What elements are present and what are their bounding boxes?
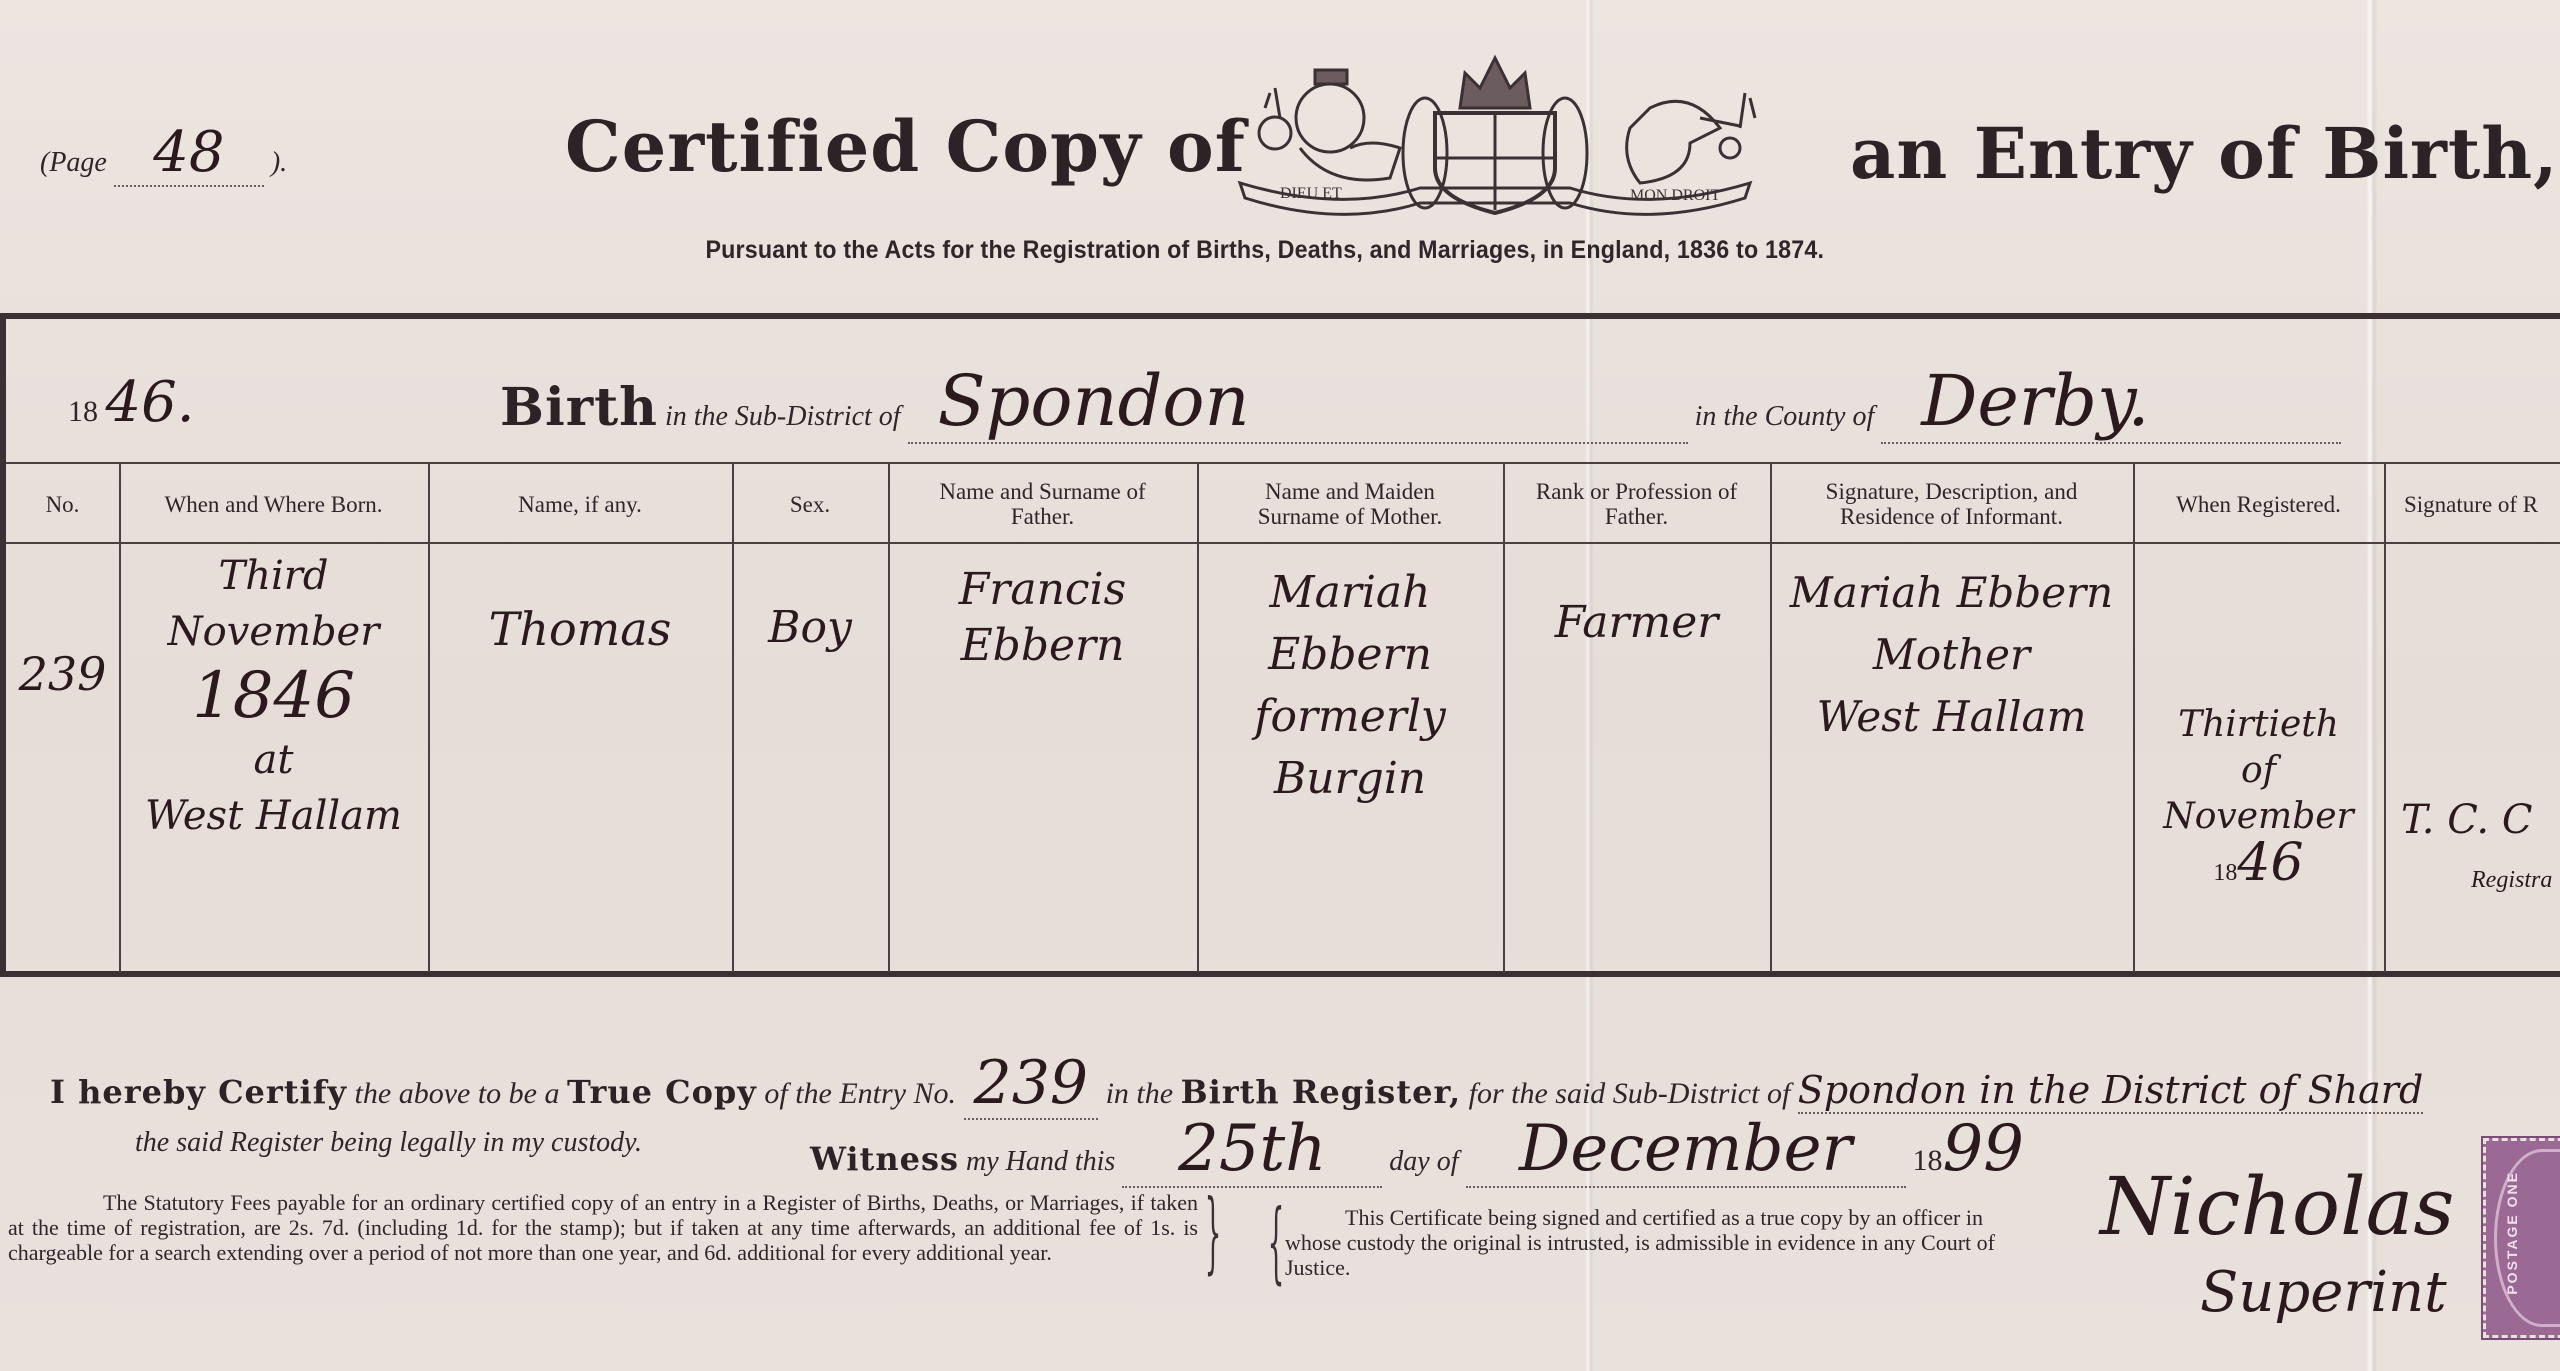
certify-district-value: Spondon in the District of Shard (1798, 1068, 2424, 1114)
left-brace-icon: { (1268, 1190, 1285, 1293)
subdistrict-label: in the Sub-District of (665, 401, 901, 432)
year-handwritten: 46. (106, 370, 195, 435)
mother-surname: Ebbern (1197, 624, 1503, 686)
witness-day-value: 25th (1122, 1112, 1382, 1188)
registrar-title: Registra (2471, 867, 2560, 894)
motto-left: DIEU ET (1280, 185, 1342, 202)
cell-entry-no: 239 (6, 647, 119, 701)
statutory-fees-note: The Statutory Fees payable for an ordina… (8, 1190, 1198, 1265)
birth-year: 1846 (119, 660, 428, 732)
informant-name: Mariah Ebbern (1770, 562, 2133, 624)
header-bottom-rule (6, 542, 2560, 544)
superintendent-signature: Nicholas (2100, 1160, 2454, 1253)
acts-subtitle: Pursuant to the Acts for the Registratio… (0, 236, 2530, 265)
year-prefix: 18 (68, 395, 98, 428)
column-header-registered: When Registered. (2133, 468, 2384, 540)
true-copy-heading: True Copy (567, 1073, 757, 1111)
county-value: Derby. (1881, 360, 2341, 444)
informant-residence: West Hallam (1770, 686, 2133, 748)
witness-year-hand: 99 (1943, 1112, 2024, 1186)
cell-registrar-signature: T. C. C (2401, 797, 2560, 843)
column-header-father: Name and Surname of Father. (888, 468, 1197, 540)
column-header-name: Name, if any. (428, 468, 732, 540)
page-close: ). (271, 147, 287, 178)
father-forename: Francis (888, 562, 1197, 618)
admissibility-text: This Certificate being signed and certif… (1285, 1205, 1995, 1280)
postage-stamp-icon: POSTAGE ONE (2483, 1138, 2560, 1338)
registered-day: Thirtieth (2133, 702, 2384, 748)
certify-heading: I hereby Certify (50, 1073, 347, 1111)
birth-day: Third (119, 548, 428, 604)
royal-coat-of-arms-icon: DIEU ET MON DROIT (1220, 48, 1770, 218)
cell-child-name: Thomas (428, 602, 732, 656)
witness-year-prefix: 18 (1913, 1144, 1943, 1177)
cell-mother: Mariah Ebbern formerly Burgin (1197, 562, 1503, 810)
cell-rank-profession: Farmer (1503, 597, 1770, 648)
cell-father: Francis Ebbern (888, 562, 1197, 674)
in-the-text: in the (1106, 1077, 1174, 1110)
column-header-informant: Signature, Description, and Residence of… (1770, 468, 2133, 540)
father-surname: Ebbern (888, 618, 1197, 674)
custody-statement: the said Register being legally in my cu… (135, 1127, 642, 1159)
page-reference: (Page 48 ). (40, 120, 287, 187)
column-header-when-where: When and Where Born. (119, 468, 428, 540)
stamp-text: POSTAGE ONE (2504, 1171, 2520, 1295)
cell-sex: Boy (732, 602, 888, 653)
day-of-text: day of (1389, 1146, 1458, 1177)
mother-maiden-name: Burgin (1197, 748, 1503, 810)
cell-when-where: Third November 1846 at West Hallam (119, 548, 428, 844)
title-entry-of-birth: an Entry of Birth, (1850, 112, 2559, 195)
witness-month-value: December (1466, 1112, 1906, 1188)
birth-register-heading: Birth Register, (1181, 1073, 1462, 1111)
page-label: (Page (40, 147, 107, 178)
registered-year-hand: 46 (2237, 833, 2303, 893)
witness-text: my Hand this (966, 1146, 1115, 1177)
subdistrict-value: Spondon (908, 360, 1688, 444)
entry-no-label: of the Entry No. (764, 1077, 956, 1110)
birth-heading: Birth (500, 377, 658, 438)
mother-forename: Mariah (1197, 562, 1503, 624)
column-header-mother: Name and Maiden Surname of Mother. (1197, 468, 1503, 540)
county-label: in the County of (1695, 401, 1875, 432)
witness-heading: Witness (810, 1140, 959, 1178)
birth-month: November (119, 604, 428, 660)
right-brace-icon: } (1205, 1180, 1222, 1283)
birth-at: at (119, 732, 428, 788)
said-subdistrict-text: for the said Sub-District of (1469, 1077, 1791, 1110)
birth-place: West Hallam (119, 788, 428, 844)
certification-line: I hereby Certify the above to be a True … (50, 1048, 2423, 1118)
mother-formerly: formerly (1197, 686, 1503, 748)
title-certified-copy: Certified Copy of (565, 105, 1246, 188)
table-top-rule (6, 462, 2560, 464)
registered-of: of (2133, 748, 2384, 794)
superintendent-title: Superint (2200, 1260, 2447, 1325)
cell-informant: Mariah Ebbern Mother West Hallam (1770, 562, 2133, 748)
column-header-rank: Rank or Profession of Father. (1503, 468, 1770, 540)
witness-line: Witness my Hand this 25th day of Decembe… (810, 1112, 2024, 1188)
birth-subdistrict-line: Birth in the Sub-District of Spondon in … (500, 360, 2341, 444)
certify-text: the above to be a (355, 1077, 560, 1110)
registered-year: 1846 (2133, 840, 2384, 896)
registered-year-prefix: 18 (2213, 860, 2237, 886)
column-header-no: No. (6, 468, 119, 540)
admissibility-note: This Certificate being signed and certif… (1285, 1205, 2025, 1280)
column-header-registrar-signature: Signature of R (2384, 468, 2560, 540)
entry-no-value: 239 (964, 1048, 1099, 1120)
birth-entry-table: No. When and Where Born. Name, if any. S… (6, 462, 2560, 972)
cell-when-registered: Thirtieth of November 1846 (2133, 702, 2384, 896)
column-header-sex: Sex. (732, 468, 888, 540)
informant-description: Mother (1770, 624, 2133, 686)
register-year: 18 46. (68, 370, 195, 435)
fees-text: The Statutory Fees payable for an ordina… (8, 1190, 1198, 1265)
page-number: 48 (114, 120, 264, 187)
svg-text:MON DROIT: MON DROIT (1630, 187, 1720, 204)
